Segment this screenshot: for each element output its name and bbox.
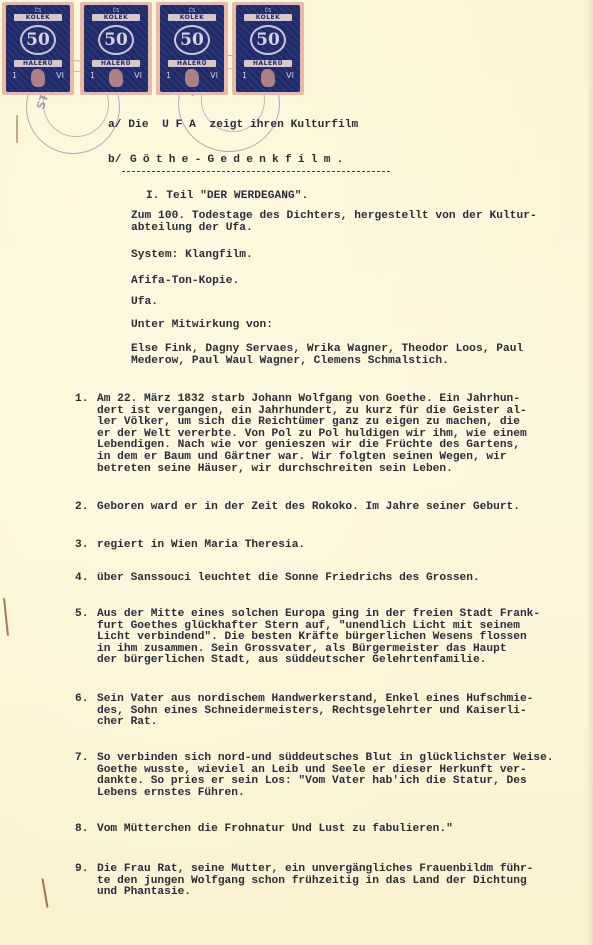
item-number: 5. — [75, 609, 88, 621]
paper-edge — [587, 0, 593, 945]
stamp-banner-bottom: HALÉŘŮ — [168, 60, 216, 67]
stamp-banner-top: KOLEK — [14, 14, 62, 21]
item-text: Aus der Mitte eines solchen Europa ging … — [97, 609, 540, 667]
stamp-value: 50 — [20, 25, 56, 55]
stamp-banner-top: KOLEK — [168, 14, 216, 21]
item-text: über Sanssouci leuchtet die Sonne Friedr… — [97, 573, 480, 585]
item-number: 8. — [75, 824, 88, 836]
stamp-value: 50 — [250, 25, 286, 55]
stamp-banner-top: KOLEK — [92, 14, 140, 21]
revenue-stamp-3: ČS KOLEK 50 HALÉŘŮ 1VI — [156, 2, 228, 95]
margin-mark-bottom — [41, 878, 48, 908]
stamp-banner-bottom: HALÉŘŮ — [92, 60, 140, 67]
stamp-corner-left: 1 — [12, 71, 17, 80]
item-number: 9. — [75, 864, 88, 876]
stamp-corner-left: 1 — [242, 71, 247, 80]
item-text: regiert in Wien Maria Theresia. — [97, 540, 305, 552]
credits-company: Ufa. — [131, 297, 158, 309]
stamp-corner-right: VI — [210, 71, 218, 80]
stamp-corner-right: VI — [286, 71, 294, 80]
item-number: 7. — [75, 753, 88, 765]
revenue-stamp-1: ČS KOLEK 50 HALÉŘŮ 1VI — [2, 2, 74, 95]
stamp-banner-bottom: HALÉŘŮ — [14, 60, 62, 67]
heading-a: a/ Die U F A zeigt ihren Kulturfilm — [108, 120, 358, 132]
item-text: So verbinden sich nord-und süddeutsches … — [97, 753, 554, 799]
list-item: 6. Sein Vater aus nordischem Handwerkers… — [75, 694, 590, 740]
stamp-banner-top: KOLEK — [244, 14, 292, 21]
item-text: Die Frau Rat, seine Mutter, ein unvergän… — [97, 864, 533, 899]
item-text: Vom Mütterchen die Frohnatur Und Lust zu… — [97, 824, 453, 836]
document-page: ST S ČS KOLEK 50 HALÉŘŮ 1VI ČS KOLEK 50 … — [0, 0, 593, 945]
stamp-corner-right: VI — [56, 71, 64, 80]
item-number: 3. — [75, 540, 88, 552]
stamp-corner-left: 1 — [166, 71, 171, 80]
margin-mark-middle — [3, 598, 9, 636]
stamp-banner-bottom: HALÉŘŮ — [244, 60, 292, 67]
list-item: 5. Aus der Mitte eines solchen Europa gi… — [75, 609, 590, 655]
heading-b-prefix: b/ — [108, 155, 122, 167]
stamp-corner-right: VI — [134, 71, 142, 80]
item-text: Geboren ward er in der Zeit des Rokoko. … — [97, 502, 520, 514]
title-underline — [122, 171, 390, 172]
list-item: 9. Die Frau Rat, seine Mutter, ein unver… — [75, 864, 590, 910]
stamp-value: 50 — [98, 25, 134, 55]
credits-cast: Else Fink, Dagny Servaes, Wrika Wagner, … — [131, 344, 523, 367]
item-number: 2. — [75, 502, 88, 514]
item-number: 1. — [75, 394, 88, 406]
revenue-stamp-4: ČS KOLEK 50 HALÉŘŮ 1VI — [232, 2, 304, 95]
credits-copy: Afifa-Ton-Kopie. — [131, 276, 239, 288]
credits-intro: Zum 100. Todestage des Dichters, hergest… — [131, 211, 537, 234]
part-title: I. Teil "DER WERDEGANG". — [146, 191, 308, 203]
stamp-corner-left: 1 — [90, 71, 95, 80]
credits-cast-label: Unter Mitwirkung von: — [131, 320, 273, 332]
item-number: 6. — [75, 694, 88, 706]
heading-film-title: Göthe-Gedenkfilm. — [130, 155, 350, 167]
list-item: 7. So verbinden sich nord-und süddeutsch… — [75, 753, 590, 799]
margin-mark-top — [16, 115, 18, 143]
stamp-value: 50 — [174, 25, 210, 55]
credits-system: System: Klangfilm. — [131, 250, 253, 262]
revenue-stamp-2: ČS KOLEK 50 HALÉŘŮ 1VI — [80, 2, 152, 95]
item-number: 4. — [75, 573, 88, 585]
item-text: Am 22. März 1832 starb Johann Wolfgang v… — [97, 394, 527, 475]
list-item: 1. Am 22. März 1832 starb Johann Wolfgan… — [75, 394, 590, 440]
item-text: Sein Vater aus nordischem Handwerkerstan… — [97, 694, 533, 729]
